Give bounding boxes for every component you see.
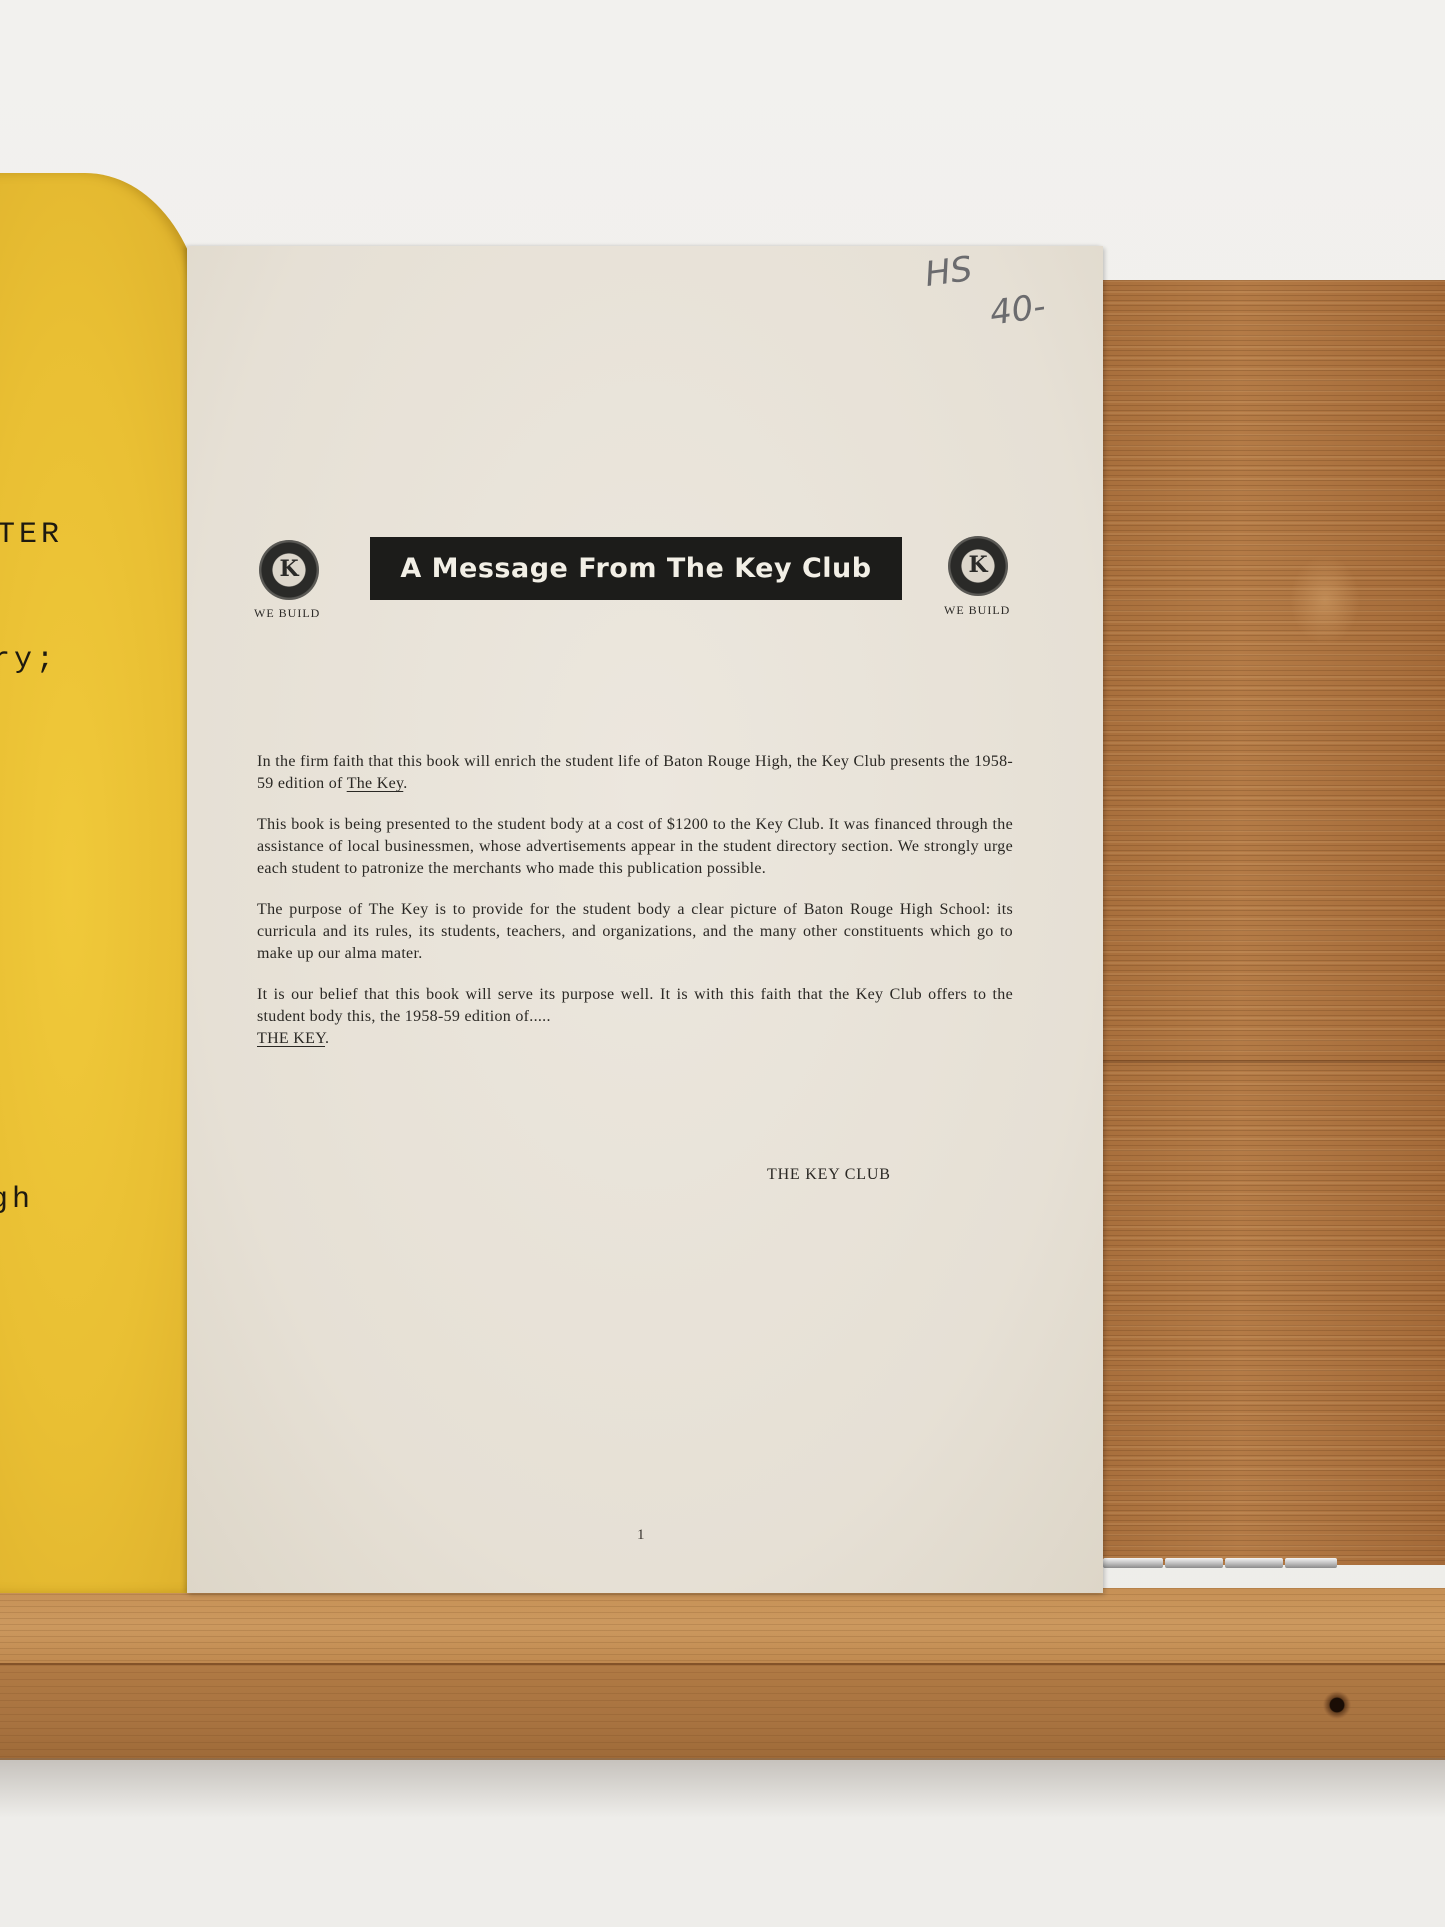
key-club-seal-icon-left: K bbox=[259, 540, 319, 600]
handwritten-price: 40- bbox=[987, 286, 1048, 333]
left-page-fragment: gh bbox=[0, 1183, 34, 1217]
logo-monogram: K bbox=[279, 556, 298, 582]
handwritten-note-line1: HS bbox=[922, 249, 974, 295]
left-page-fragment: TER bbox=[0, 518, 63, 552]
hinge-segment bbox=[1225, 1558, 1283, 1568]
page-title-banner: A Message From The Key Club bbox=[370, 537, 902, 600]
paragraph-text: . bbox=[325, 1030, 329, 1047]
paragraph-text: It is our belief that this book will ser… bbox=[257, 986, 1013, 1025]
logo-monogram: K bbox=[968, 552, 987, 578]
publication-title: The Key bbox=[347, 775, 404, 792]
message-body: In the firm faith that this book will en… bbox=[257, 751, 1013, 1069]
publication-title: THE KEY bbox=[257, 1030, 325, 1047]
key-club-seal-icon-right: K bbox=[948, 536, 1008, 596]
wooden-backboard bbox=[1103, 280, 1445, 1565]
left-page-fragment: ry; bbox=[0, 643, 58, 677]
hinge-segment bbox=[1165, 1558, 1223, 1568]
hinge-segment bbox=[1103, 1558, 1163, 1568]
hinge-segment bbox=[1285, 1558, 1337, 1568]
paragraph-4: It is our belief that this book will ser… bbox=[257, 984, 1013, 1050]
backboard-seam bbox=[1103, 1060, 1445, 1063]
wooden-shelf-front bbox=[0, 1663, 1445, 1760]
logo-caption-right: WE BUILD bbox=[944, 603, 1010, 618]
page-number: 1 bbox=[637, 1527, 645, 1544]
paragraph-2: This book is being presented to the stud… bbox=[257, 814, 1013, 880]
paragraph-1: In the firm faith that this book will en… bbox=[257, 751, 1013, 795]
paragraph-text: . bbox=[403, 775, 407, 792]
logo-caption-left: WE BUILD bbox=[254, 606, 320, 621]
wood-grain-knot bbox=[1290, 555, 1360, 645]
page-title: A Message From The Key Club bbox=[400, 553, 871, 584]
left-yellow-page bbox=[0, 173, 205, 1593]
wooden-shelf-top bbox=[0, 1588, 1445, 1663]
screw-hole-icon bbox=[1323, 1691, 1351, 1719]
shelf-shadow bbox=[0, 1758, 1445, 1818]
signature: THE KEY CLUB bbox=[767, 1166, 891, 1184]
paragraph-3: The purpose of The Key is to provide for… bbox=[257, 899, 1013, 965]
